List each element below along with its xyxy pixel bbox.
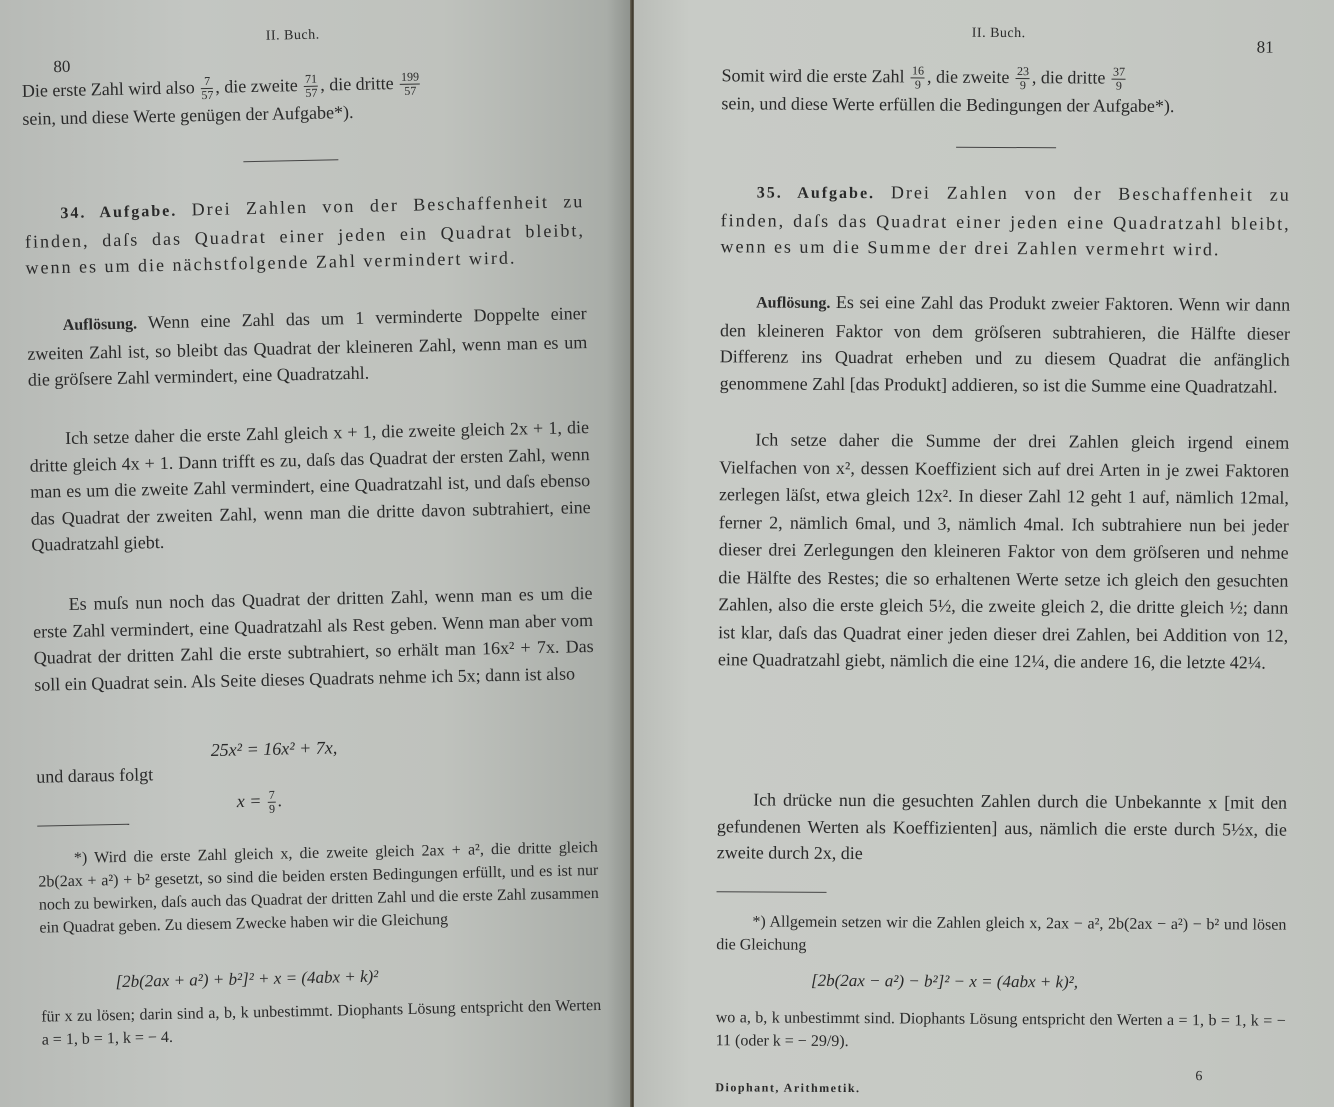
signature-number: 6	[1195, 1069, 1202, 1085]
book-spread: II. Buch. 80 Die erste Zahl wird also 75…	[0, 0, 1334, 1107]
solution-paragraph-3: Es muſs nun noch das Quadrat der dritten…	[32, 580, 594, 698]
footnote: *) Allgemein setzen wir die Zahlen gleic…	[716, 910, 1286, 959]
fraction: 19957	[400, 71, 421, 98]
fraction: 239	[1016, 65, 1030, 92]
problem-label: 35. Aufgabe.	[757, 184, 875, 202]
problem-label: 34. Aufgabe.	[60, 203, 177, 222]
fraction: 169	[911, 65, 925, 92]
footnote-divider	[717, 891, 827, 893]
footnote-continued: für x zu lösen; darin sind a, b, k unbes…	[41, 994, 602, 1052]
right-page-content: II. Buch. 81 Somit wird die erste Zahl 1…	[722, 0, 1292, 2]
problem-35: 35. Aufgabe. Drei Zahlen von der Beschaf…	[720, 178, 1290, 263]
footnote-divider	[37, 824, 129, 827]
carryover-text: Somit wird die erste Zahl 169, die zweit…	[721, 62, 1291, 120]
solution-paragraph-1: Auflösung. Wenn eine Zahl das um 1 vermi…	[26, 300, 588, 393]
section-divider	[956, 147, 1056, 149]
running-head: II. Buch.	[972, 26, 1026, 42]
right-page: II. Buch. 81 Somit wird die erste Zahl 1…	[634, 0, 1334, 1107]
solution-label: Auflösung.	[63, 315, 138, 334]
footnote-equation: [2b(2ax + a²) + b²]² + x = (4abx + k)²	[115, 967, 378, 992]
page-number: 81	[1257, 38, 1274, 58]
solution-paragraph-2: Ich setze daher die erste Zahl gleich x …	[29, 414, 592, 558]
fraction: 757	[201, 75, 214, 102]
signature-title: Diophant, Arithmetik.	[715, 1080, 860, 1096]
page-number: 80	[53, 57, 70, 77]
problem-34: 34. Aufgabe. Drei Zahlen von der Beschaf…	[24, 188, 586, 281]
equation-2: x = 79.	[237, 789, 283, 817]
solution-paragraph-2: Ich setze daher die Summe der drei Zahle…	[718, 426, 1290, 677]
section-divider	[243, 159, 338, 162]
running-head: II. Buch.	[266, 28, 320, 45]
solution-paragraph-1: Auflösung. Es sei eine Zahl das Produkt …	[720, 288, 1291, 399]
fraction: 7157	[304, 73, 319, 100]
footnote-equation: [2b(2ax − a²) − b²]² − x = (4abx + k)²,	[811, 971, 1078, 993]
equation-1: 25x² = 16x² + 7x,	[210, 737, 337, 761]
fraction: 379	[1112, 66, 1126, 93]
left-page-content: II. Buch. 80 Die erste Zahl wird also 75…	[20, 0, 580, 6]
solution-label: Auflösung.	[756, 294, 830, 311]
left-page: II. Buch. 80 Die erste Zahl wird also 75…	[0, 0, 632, 1107]
footnote: *) Wird die erste Zahl gleich x, die zwe…	[38, 836, 600, 940]
carryover-text: Die erste Zahl wird also 757, die zweite…	[22, 66, 583, 133]
footnote-continued: wo a, b, k unbestimmt sind. Diophants Lö…	[716, 1006, 1286, 1055]
solution-paragraph-3: Ich drücke nun die gesuchten Zahlen durc…	[717, 786, 1287, 869]
connector-text: und daraus folgt	[36, 761, 154, 790]
